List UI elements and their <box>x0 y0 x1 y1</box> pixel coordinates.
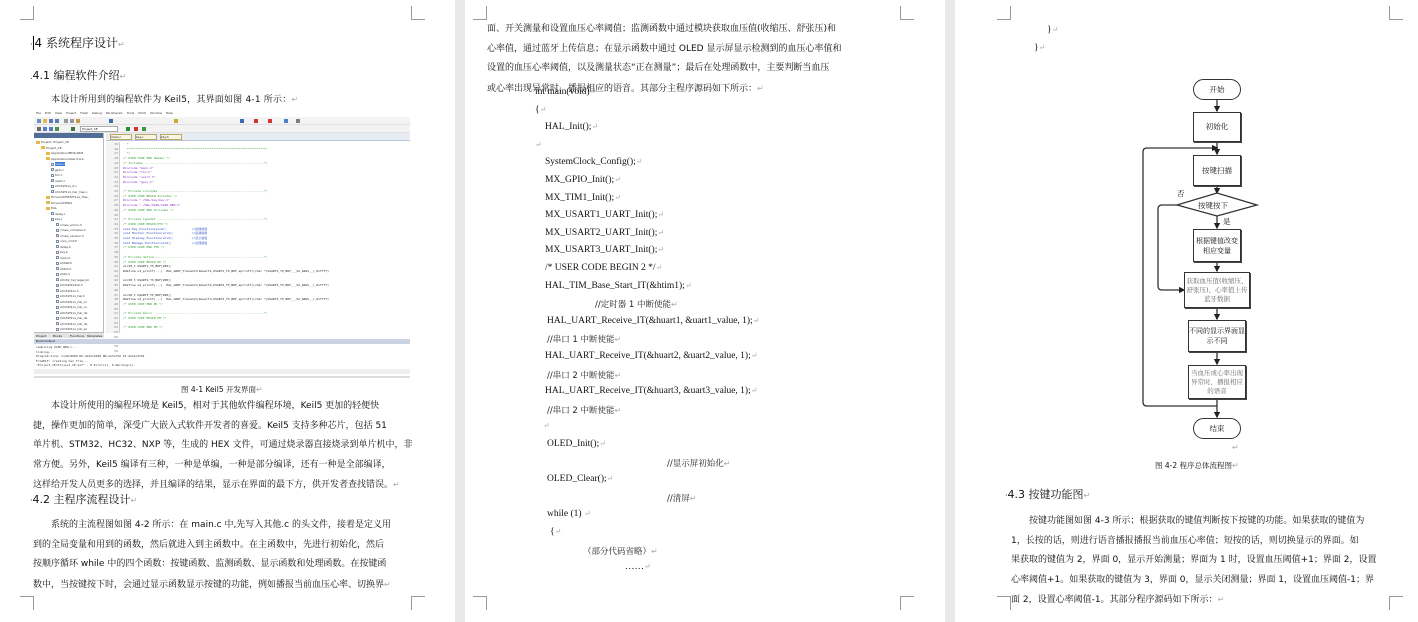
flowchart-display: 不同的显示界面显示不同 <box>1188 320 1246 352</box>
project-tree-item[interactable]: stm32f1xx_hal_co <box>56 300 87 304</box>
code-line: MX_USART1_UART_Init();↵ <box>545 210 664 220</box>
code-line: while (1) ↵ <box>547 509 591 519</box>
tree-item-label: stm32f1xx_it.c <box>55 184 77 188</box>
tree-item-label: stdio.h <box>60 272 70 276</box>
paragraph-line: 心率值，通过蓝牙上传信息；在显示函数中通过 OLED 显示屏显示检测到的血压心率… <box>487 40 907 60</box>
cut-icon <box>64 119 68 123</box>
paragraph-mark: ↵ <box>555 527 562 536</box>
keil-intro-paragraph[interactable]: 本设计所用到的编程软件为 Keil5，其界面如图 4-1 所示：↵ <box>51 90 298 111</box>
paragraph-mark: ↵ <box>615 335 622 344</box>
file-icon <box>56 317 59 320</box>
paragraph-mark: ↵ <box>657 228 664 237</box>
keil-menu-bar: FileEditViewProjectFlashDebugPeripherals… <box>34 110 410 117</box>
pack-installer-icon <box>134 127 138 131</box>
tree-item-label: stdint.h <box>60 267 71 271</box>
project-tree-item[interactable]: cmsis_version.h <box>56 234 84 238</box>
tree-item-label: core_cm3.h <box>60 239 77 243</box>
code-comment: //定时器 1 中断使能↵ <box>595 298 678 310</box>
menu-item[interactable]: Edit <box>45 111 51 115</box>
keil5-ide-screenshot: FileEditViewProjectFlashDebugPeripherals… <box>34 110 410 378</box>
project-tree-item[interactable]: stm32f1xx_hal_de <box>56 322 87 326</box>
tree-item-label: key.c <box>55 217 62 221</box>
paragraph-mark: ↵ <box>657 210 664 219</box>
flowchart-decision-label: 按键按下 <box>1198 200 1228 211</box>
code-comment: //串口 2 中断使能↵ <box>547 369 621 381</box>
tree-item-label: stm32f1xx_hal_co <box>60 300 87 304</box>
code-comment: //显示屏初始化↵ <box>667 457 730 469</box>
tree-item-label: tim.c <box>55 173 63 177</box>
tree-item-label: stm32f1xx_hal_de <box>60 311 87 315</box>
page-margin-corner <box>997 6 1011 20</box>
page-margin-corner <box>473 6 487 20</box>
project-tree-item[interactable]: cmsis_compiler.h <box>56 228 86 232</box>
folder-icon <box>46 196 50 199</box>
tree-item-label: stddef.h <box>60 261 72 265</box>
tree-item-label: stm32f1xx_hal_de <box>60 322 87 326</box>
code-line <box>123 330 408 333</box>
find-icon <box>174 119 178 123</box>
paragraph-mark: ↵ <box>656 263 663 272</box>
paragraph-mark: ↵ <box>685 281 692 290</box>
section-heading-4-2[interactable]: ·4.2 主程序流程设计↵ <box>30 491 137 507</box>
rebuild-icon <box>49 127 53 131</box>
file-icon <box>56 278 59 281</box>
flowchart-yes-label: 是 <box>1223 216 1231 227</box>
page-margin-corner <box>473 596 487 610</box>
tree-item-label: stm32f1xx_hal.h <box>60 294 85 298</box>
paragraph-mark: ↵ <box>751 386 758 395</box>
tools-icon <box>296 119 300 123</box>
tree-item-label: stm32f1xx_hal_ex <box>60 327 87 331</box>
menu-item[interactable]: Window <box>150 111 162 115</box>
paragraph-mark: ↵ <box>384 580 391 589</box>
flowchart-start: 开始 <box>1193 79 1241 100</box>
target-options-icon <box>71 127 75 131</box>
project-tree-item[interactable]: stm32f1xx_hal.h <box>56 294 85 298</box>
code-line: HAL_Init();↵ <box>545 122 598 132</box>
main-flow-paragraph[interactable]: 系统的主流程图如图 4-2 所示：在 main.c 中,先写入其他.c 的头文件… <box>33 516 418 595</box>
tree-item-label: usart.c <box>55 179 65 183</box>
code-line: MX_USART3_UART_Init();↵ <box>545 245 664 255</box>
project-tree-item[interactable]: key.h <box>56 250 68 254</box>
paragraph-mark: ↵ <box>657 245 664 254</box>
paragraph-mark: ↵ <box>590 87 597 96</box>
flowchart-alarm: 当血压或心率出现异常时，播报相应的语音 <box>1188 365 1246 399</box>
menu-item[interactable]: Flash <box>80 111 88 115</box>
project-tree-item[interactable]: usart.c <box>51 179 65 183</box>
manage-components-icon <box>126 127 130 131</box>
project-tree-item[interactable]: key.c <box>51 217 62 221</box>
paragraph-mark: ↵ <box>757 84 764 93</box>
paragraph-mark: ↵ <box>1039 43 1046 52</box>
figure-caption-4-2: 图 4-2 程序总体流程图↵ <box>1155 460 1239 471</box>
page-margin-corner <box>900 6 914 20</box>
project-tree-item[interactable]: Application/User/Core <box>46 157 84 161</box>
build-icon <box>43 127 47 131</box>
code-comment: //串口 1 中断使能↵ <box>547 333 621 345</box>
code-line: MX_TIM1_Init();↵ <box>545 193 621 203</box>
code-line: ……↵ <box>625 562 651 572</box>
file-icon <box>51 218 54 221</box>
save-all-icon <box>55 119 59 123</box>
paragraph-line: 面 2，设置心率阈值-1。其部分程序源码如下所示：↵ <box>1011 590 1391 611</box>
file-icon <box>56 328 59 331</box>
window-icon <box>284 119 288 123</box>
project-tree-item[interactable]: main.h <box>56 256 70 260</box>
figure-caption-4-1: 图 4-1 Keil5 开发界面↵ <box>181 384 263 395</box>
tree-item-label: main.c <box>55 162 65 166</box>
file-icon <box>56 295 59 298</box>
paragraph-line: 本设计所使用的编程环境是 Keil5，相对于其他软件编程环境，Keil5 更加的… <box>33 397 418 417</box>
code-line: {↵ <box>535 105 546 115</box>
project-panel-tabs: ProjectBooksFunctionsTemplates <box>34 332 104 338</box>
file-icon <box>56 251 59 254</box>
file-icon <box>56 284 59 287</box>
keil-description-paragraph[interactable]: 本设计所使用的编程环境是 Keil5，相对于其他软件编程环境，Keil5 更加的… <box>33 397 418 496</box>
project-tree-item[interactable]: Application/MDK-ARM <box>46 151 83 155</box>
bookmark-icon <box>109 119 113 123</box>
project-tree-item[interactable]: stdint.h <box>56 267 71 271</box>
paragraph-mark: ↵ <box>614 175 621 184</box>
paragraph-mark: ↵ <box>644 562 651 571</box>
flowchart-acquire-data: 获取血压值(收缩压、舒张压)、心率值上传蓝牙数据 <box>1184 272 1250 308</box>
project-panel-header: Project <box>34 133 103 138</box>
keil-toolbar-main <box>34 117 410 125</box>
paragraph-line: 果获取的键值为 2，界面 0，显示开始测量；界面为 1 时，设置血压阈值+1；界… <box>1011 551 1391 571</box>
file-icon <box>56 306 59 309</box>
file-icon <box>51 185 54 188</box>
flowchart-init: 初始化 <box>1193 112 1241 142</box>
code-line: }↵ <box>1034 43 1045 53</box>
paragraph-mark: ↵ <box>1052 25 1059 34</box>
paragraph-line: 数中，当按键按下时，会通过显示函数显示按键的功能，例如播报当前血压心率、切换界↵ <box>33 575 418 596</box>
menu-item[interactable]: Tools <box>127 111 134 115</box>
file-icon <box>56 229 59 232</box>
file-icon <box>56 273 59 276</box>
project-tree-item[interactable]: delay.h <box>56 245 71 249</box>
keil-editor: main.ckey.ckey.h 15 16 17 18 19 20 21 22… <box>106 133 410 333</box>
code-line: MX_USART2_UART_Init();↵ <box>545 228 664 238</box>
folder-icon <box>46 157 50 160</box>
keil-project-panel: Project Project: Project_CEProject_CEApp… <box>34 133 104 333</box>
tree-item-label: Drivers/CMSIS <box>51 201 72 205</box>
paragraph-line: 单片机、STM32、HC32、NXP 等，生成的 HEX 文件，可通过烧录器直接… <box>33 436 418 456</box>
project-tree-item[interactable]: Project: Project_CE <box>36 140 69 144</box>
debug-start-icon <box>254 119 258 123</box>
project-tree-item[interactable]: stm32f1xx_hal_de <box>56 316 87 320</box>
page-margin-corner <box>900 596 914 610</box>
paragraph-line: 按顺序循环 while 中的四个函数：按键函数、监测函数、显示函数和处理函数。在… <box>33 555 418 575</box>
tree-item-label: key.h <box>60 250 68 254</box>
paste-icon <box>76 119 80 123</box>
project-tree-item[interactable]: cmsis_armcc.h <box>56 223 82 227</box>
paragraph-line: 到的全局变量和用到的函数，然后就进入到主函数中。在主函数中，先进行初始化，然后 <box>33 536 418 556</box>
menu-item[interactable]: View <box>55 111 62 115</box>
horizontal-scrollbar[interactable] <box>34 369 410 374</box>
paragraph-line: 心率阈值+1。如果获取的键值为 3，界面 0，显示关闭测量；界面 1，设置血压阈… <box>1011 571 1391 591</box>
file-icon <box>51 212 54 215</box>
project-tree-item[interactable]: Drivers/CMSIS <box>46 201 72 205</box>
tree-item-label: stm32f1xx_hal_de <box>60 316 87 320</box>
tree-item-label: cmsis_version.h <box>60 234 84 238</box>
paragraph-line: 设置的血压心率阈值，以及测量状态“正在测量”；最后在处理函数中，主要判断当血压 <box>487 59 907 79</box>
menu-item[interactable]: Help <box>166 111 173 115</box>
tree-item-label: stm32f1xx_hal_msp.c <box>55 190 88 194</box>
project-tree-item[interactable]: stm32f1xx_it.c <box>51 184 77 188</box>
folder-icon <box>46 152 50 155</box>
section-heading-4-3[interactable]: ·4.3 按键功能图↵ <box>1005 486 1090 502</box>
tree-item-label: Drivers/STM32F1xx_HAL_ <box>51 195 89 199</box>
paragraph-mark: ↵ <box>614 193 621 202</box>
project-tree-item[interactable]: stdio.h <box>56 272 70 276</box>
configure-icon <box>240 119 244 123</box>
code-line: ↵ <box>543 421 550 431</box>
paragraph-mark: ↵ <box>1218 595 1225 604</box>
page-margin-corner <box>20 596 34 610</box>
download-icon <box>55 127 59 131</box>
paragraph-mark: ↵ <box>599 439 606 448</box>
project-tree-item[interactable]: stm32f1xx.h <box>56 289 79 293</box>
paragraph-mark: ↵ <box>1232 443 1239 452</box>
file-icon <box>56 223 59 226</box>
project-tree-item[interactable]: tim.c <box>51 173 63 177</box>
file-icon <box>56 322 59 325</box>
file-icon <box>56 300 59 303</box>
code-line: HAL_TIM_Base_Start_IT(&htim1);↵ <box>545 281 692 291</box>
file-icon <box>56 240 59 243</box>
project-tree-item[interactable]: core_cm3.h <box>56 239 77 243</box>
folder-icon <box>41 146 45 149</box>
file-icon <box>51 174 54 177</box>
code-line: }↵ <box>1047 25 1058 35</box>
paragraph-mark: ↵ <box>724 459 731 468</box>
chapter-heading[interactable]: ·4 系统程序设计↵ <box>30 34 125 51</box>
tree-item-label: HAL <box>51 206 57 210</box>
folder-icon <box>36 141 40 144</box>
document-page-2: 面、开关测量和设置血压心率阈值；监测函数中通过模块获取血压值(收缩压、舒张压)和… <box>465 0 945 622</box>
paragraph-mark: ↵ <box>540 105 547 114</box>
code-line: {↵ <box>550 527 561 537</box>
document-page-3: }↵}↵ <box>955 0 1418 622</box>
tree-item-label: Project_CE <box>46 146 62 150</box>
tree-item-label: stm32f103xb.h <box>60 283 83 287</box>
flowchart-no-label: 否 <box>1177 188 1185 199</box>
breakpoint-icon <box>268 119 272 123</box>
paragraph-mark: ↵ <box>607 474 614 483</box>
paragraph-mark: ↵ <box>591 122 598 131</box>
file-icon <box>56 234 59 237</box>
code-line: /* USER CODE BEGIN 2 */↵ <box>545 263 662 273</box>
save-icon <box>49 119 53 123</box>
tree-item-label: Project: Project_CE <box>41 140 69 144</box>
project-tree-item[interactable]: stm32f1xx_hal_ex <box>56 327 87 331</box>
project-tree-item[interactable]: delay.c <box>51 212 65 216</box>
menu-item[interactable]: Project <box>66 111 76 115</box>
copy-icon <box>70 119 74 123</box>
tree-item-label: stm32f1xx.h <box>60 289 79 293</box>
add-icon <box>142 127 146 131</box>
code-line: SystemClock_Config();↵ <box>545 157 642 167</box>
code-editor-area[interactable]: * **************************************… <box>123 142 408 333</box>
paragraph-mark: ↵ <box>651 547 658 556</box>
code-line: HAL_UART_Receive_IT(&huart3, &uart3_valu… <box>545 386 757 396</box>
page-margin-corner <box>411 596 425 610</box>
paragraph-mark: ↵ <box>584 509 591 518</box>
menu-item[interactable]: SVCS <box>138 111 146 115</box>
project-tree-item[interactable]: Drivers/STM32F1xx_HAL_ <box>46 195 89 199</box>
code-comment: //清屏↵ <box>667 492 696 504</box>
project-tree-item[interactable]: stm32f103xb.h <box>56 283 83 287</box>
flowchart-change-variable: 根据键值改变相应变量 <box>1193 229 1241 262</box>
new-file-icon <box>37 119 41 123</box>
tree-item-label: cmsis_armcc.h <box>60 223 82 227</box>
page-margin-corner <box>997 596 1011 610</box>
paragraph-mark: ↵ <box>535 140 542 149</box>
project-tree-item[interactable]: stm32f1xx_hal_co <box>56 305 87 309</box>
project-tree-item[interactable]: gpio.c <box>51 168 64 172</box>
tree-item-label: main.h <box>60 256 70 260</box>
tree-item-label: cmsis_compiler.h <box>60 228 86 232</box>
file-icon <box>51 168 54 171</box>
file-icon <box>56 256 59 259</box>
paragraph-line: 1，长按的话，则进行语音播报播报当前血压心率值；短按的话，则切换显示的界面。如 <box>1011 532 1391 552</box>
file-icon <box>56 289 59 292</box>
tree-item-label: stm32f1xx_hal_co <box>60 305 87 309</box>
tree-item-label: Application/MDK-ARM <box>51 151 83 155</box>
code-comment: //串口 2 中断使能↵ <box>547 404 621 416</box>
target-select[interactable]: Project_CE <box>80 126 118 132</box>
code-line: OLED_Clear();↵ <box>547 474 613 484</box>
file-icon <box>51 179 54 182</box>
paragraph-mark: ↵ <box>615 371 622 380</box>
menu-item[interactable]: Debug <box>92 111 102 115</box>
menu-item[interactable]: Peripherals <box>106 111 123 115</box>
paragraph-mark: ↵ <box>636 157 643 166</box>
paragraph-line: 常方便。另外，Keil5 编译有三种，一种是单编，一种是部分编译，还有一种是全部… <box>33 456 418 476</box>
translate-icon <box>37 127 41 131</box>
tree-item-label: Application/User/Core <box>51 157 84 161</box>
project-tree-item[interactable]: stddef.h <box>56 261 72 265</box>
section-heading-4-1[interactable]: .4.1 编程软件介绍↵ <box>30 67 126 83</box>
line-number-gutter: 15 16 17 18 19 20 21 22 23 24 25 26 27 2… <box>106 142 120 333</box>
code-line: MX_GPIO_Init();↵ <box>545 175 621 185</box>
build-output-header: Build Output <box>34 339 410 344</box>
paragraph-mark: ↵ <box>615 406 622 415</box>
editor-tab[interactable]: key.c <box>135 134 157 140</box>
folder-icon <box>46 207 50 210</box>
paragraph-mark: ↵ <box>753 316 760 325</box>
paragraph-line: 面、开关测量和设置血压心率阈值；监测函数中通过模块获取血压值(收缩压、舒张压)和 <box>487 20 907 40</box>
document-page-1: ·4 系统程序设计↵ .4.1 编程软件介绍↵ 本设计所用到的编程软件为 Kei… <box>0 0 455 622</box>
project-tree-item[interactable]: stm32f1xx_hal_msp.c <box>51 190 88 194</box>
flowchart-connectors <box>955 0 1418 470</box>
open-folder-icon <box>43 119 47 123</box>
page-margin-corner <box>411 6 425 20</box>
menu-item[interactable]: File <box>36 111 41 115</box>
project-tree-item[interactable]: HAL <box>46 206 57 210</box>
project-tree-item[interactable]: stm32f1xx_hal_de <box>56 311 87 315</box>
editor-tab[interactable]: main.c <box>110 134 132 140</box>
tree-item-label: stm32_hal_legacy.h <box>60 278 89 282</box>
tree-item-label: delay.c <box>55 212 65 216</box>
paragraph-mark: ↵ <box>671 300 678 309</box>
paragraph-mark: ↵ <box>393 480 400 489</box>
project-tree-item[interactable]: Project_CE <box>41 146 62 150</box>
key-function-paragraph[interactable]: 按键功能图如图 4-3 所示；根据获取的键值判断按下按键的功能。如果获取的键值为… <box>1011 512 1391 611</box>
page-margin-corner <box>20 6 34 20</box>
code-line: HAL_UART_Receive_IT(&huart2, &uart2_valu… <box>545 351 757 361</box>
code-line: HAL_UART_Receive_IT(&huart1, &uart1_valu… <box>547 316 759 326</box>
page-margin-corner <box>1389 596 1403 610</box>
file-icon <box>51 163 54 166</box>
code-line: OLED_Init();↵ <box>547 439 606 449</box>
file-icon <box>51 190 54 193</box>
editor-tabs: main.ckey.ckey.h <box>106 133 410 141</box>
project-tree-item[interactable]: stm32_hal_legacy.h <box>56 278 89 282</box>
paragraph-line: 系统的主流程图如图 4-2 所示：在 main.c 中,先写入其他.c 的头文件… <box>33 516 418 536</box>
paragraph-mark: ↵ <box>751 351 758 360</box>
paragraph-mark: ↵ <box>690 494 697 503</box>
flowchart-end: 结束 <box>1193 418 1241 439</box>
paragraph-mark: ↵ <box>543 421 550 430</box>
project-tree-item[interactable]: main.c <box>51 162 65 166</box>
paragraph-line: 按键功能图如图 4-3 所示；根据获取的键值判断按下按键的功能。如果获取的键值为 <box>1011 512 1391 532</box>
file-icon <box>56 311 59 314</box>
tree-item-label: delay.h <box>60 245 71 249</box>
code-comment: （部分代码省略）↵ <box>583 545 658 557</box>
file-icon <box>56 245 59 248</box>
folder-icon <box>46 201 50 204</box>
keil-toolbar-build: Project_CE <box>34 125 410 133</box>
file-icon <box>56 267 59 270</box>
code-line: int main(void)↵ <box>535 87 596 97</box>
file-icon <box>56 262 59 265</box>
tree-item-label: gpio.c <box>55 168 64 172</box>
editor-tab[interactable]: key.h <box>160 134 182 140</box>
page-margin-corner <box>1389 6 1403 20</box>
flowchart-key-scan: 按键扫描 <box>1193 155 1241 186</box>
code-line: ↵ <box>535 140 542 150</box>
paragraph-line: 捷，操作更加的简单，深受广大嵌入式软件开发者的喜爱。Keil5 支持多种芯片，包… <box>33 417 418 437</box>
